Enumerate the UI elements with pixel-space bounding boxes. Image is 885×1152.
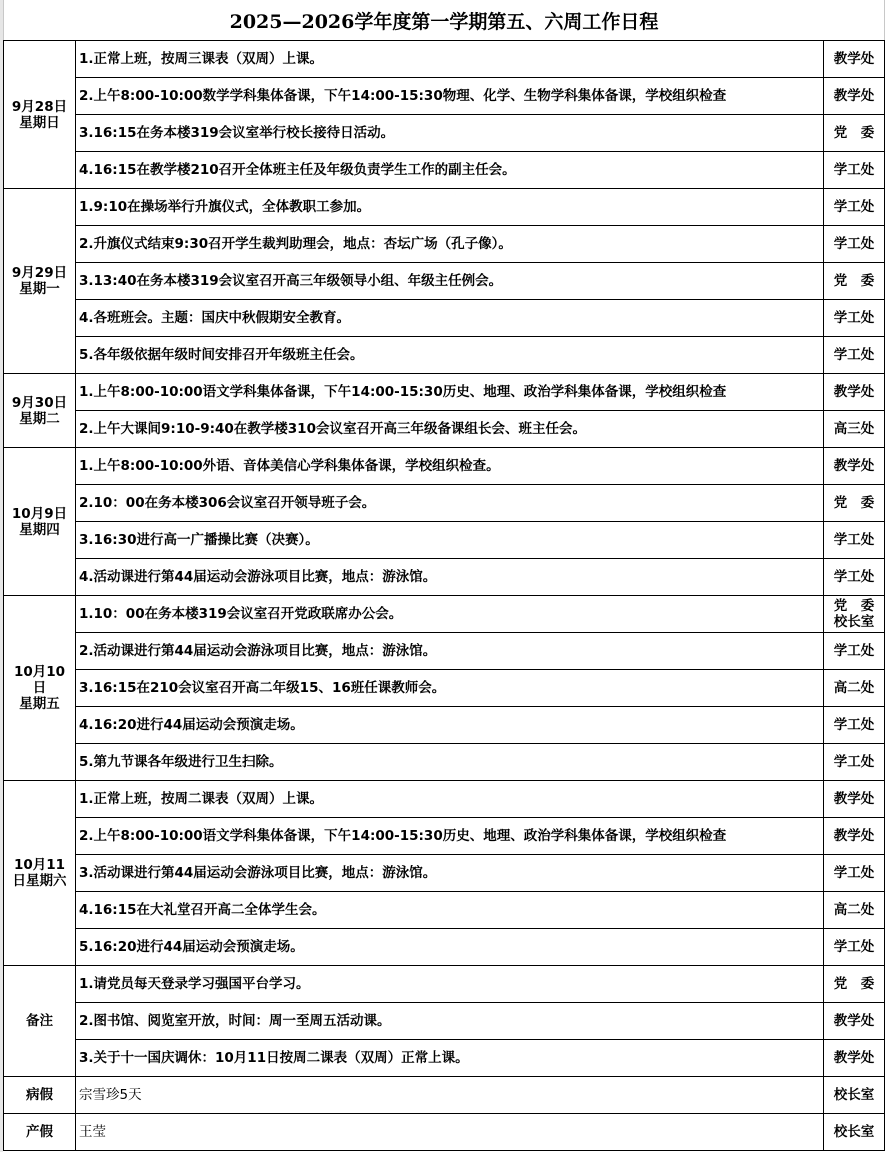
item-text: 5.16:20进行44届运动会预演走场。	[79, 939, 823, 955]
schedule-item[interactable]: 4.活动课进行第44届运动会游泳项目比赛，地点：游泳馆。	[76, 559, 824, 596]
schedule-item[interactable]: 3.16:15在务本楼319会议室举行校长接待日活动。	[76, 115, 824, 152]
table-row: 3.13:40在务本楼319会议室召开高三年级领导小组、年级主任例会。 党 委	[4, 263, 885, 300]
department-cell: 教学处	[824, 818, 885, 855]
item-text: 2.上午大课间9:10-9:40在教学楼310会议室召开高三年级备课组长会、班主…	[79, 421, 823, 437]
department-cell: 学工处	[824, 707, 885, 744]
item-text: 1.正常上班，按周二课表（双周）上课。	[79, 791, 823, 807]
sick-leave-value[interactable]: 宗雪珍5天	[76, 1077, 824, 1114]
schedule-item[interactable]: 2.活动课进行第44届运动会游泳项目比赛，地点：游泳馆。	[76, 633, 824, 670]
sick-leave-label: 病假	[4, 1077, 76, 1114]
item-text: 1.10：00在务本楼319会议室召开党政联席办公会。	[79, 606, 823, 622]
department-label: 党 委	[824, 598, 884, 614]
table-row: 备注 1.请党员每天登录学习强国平台学习。 党 委	[4, 966, 885, 1003]
item-text: 1.9:10在操场举行升旗仪式，全体教职工参加。	[79, 199, 823, 215]
schedule-item[interactable]: 2.升旗仪式结束9:30召开学生裁判助理会，地点：杏坛广场（孔子像）。	[76, 226, 824, 263]
schedule-item[interactable]: 1.9:10在操场举行升旗仪式，全体教职工参加。	[76, 189, 824, 226]
date-label-line1: 10月10	[4, 664, 75, 680]
table-row: 产假 王莹 校长室	[4, 1114, 885, 1151]
item-text: 2.上午8:00-10:00语文学科集体备课，下午14:00-15:30历史、地…	[79, 828, 823, 844]
table-row: 3.活动课进行第44届运动会游泳项目比赛，地点：游泳馆。 学工处	[4, 855, 885, 892]
table-row: 9月28日 星期日 1.正常上班，按周三课表（双周）上课。 教学处	[4, 41, 885, 78]
table-row: 10月9日 星期四 1.上午8:00-10:00外语、音体美信心学科集体备课，学…	[4, 448, 885, 485]
date-cell: 9月29日 星期一	[4, 189, 76, 374]
schedule-item[interactable]: 5.各年级依据年级时间安排召开年级班主任会。	[76, 337, 824, 374]
schedule-item[interactable]: 4.16:15在大礼堂召开高二全体学生会。	[76, 892, 824, 929]
date-label-line1: 10月11	[4, 857, 75, 873]
department-cell: 教学处	[824, 374, 885, 411]
department-cell: 高二处	[824, 670, 885, 707]
schedule-item[interactable]: 4.16:15在教学楼210召开全体班主任及年级负责学生工作的副主任会。	[76, 152, 824, 189]
schedule-item[interactable]: 2.10：00在务本楼306会议室召开领导班子会。	[76, 485, 824, 522]
schedule-item[interactable]: 3.13:40在务本楼319会议室召开高三年级领导小组、年级主任例会。	[76, 263, 824, 300]
date-cell: 10月10 日 星期五	[4, 596, 76, 781]
table-row: 5.各年级依据年级时间安排召开年级班主任会。 学工处	[4, 337, 885, 374]
department-cell: 党 委	[824, 485, 885, 522]
table-row: 2.10：00在务本楼306会议室召开领导班子会。 党 委	[4, 485, 885, 522]
note-item[interactable]: 3.关于十一国庆调休：10月11日按周二课表（双周）正常上课。	[76, 1040, 824, 1077]
item-text: 4.各班班会。主题：国庆中秋假期安全教育。	[79, 310, 823, 326]
table-row: 2.上午8:00-10:00语文学科集体备课，下午14:00-15:30历史、地…	[4, 818, 885, 855]
table-row: 3.关于十一国庆调休：10月11日按周二课表（双周）正常上课。 教学处	[4, 1040, 885, 1077]
maternity-leave-label: 产假	[4, 1114, 76, 1151]
department-cell: 学工处	[824, 522, 885, 559]
maternity-leave-value[interactable]: 王莹	[76, 1114, 824, 1151]
schedule-item[interactable]: 5.16:20进行44届运动会预演走场。	[76, 929, 824, 966]
department-cell: 高三处	[824, 411, 885, 448]
date-cell: 10月11 日星期六	[4, 781, 76, 966]
date-cell: 9月30日 星期二	[4, 374, 76, 448]
schedule-item[interactable]: 1.上午8:00-10:00语文学科集体备课，下午14:00-15:30历史、地…	[76, 374, 824, 411]
date-cell: 10月9日 星期四	[4, 448, 76, 596]
table-row: 2.上午8:00-10:00数学学科集体备课，下午14:00-15:30物理、化…	[4, 78, 885, 115]
table-row: 4.活动课进行第44届运动会游泳项目比赛，地点：游泳馆。 学工处	[4, 559, 885, 596]
schedule-item[interactable]: 5.第九节课各年级进行卫生扫除。	[76, 744, 824, 781]
department-cell: 党 委	[824, 263, 885, 300]
department-cell: 学工处	[824, 633, 885, 670]
department-cell: 党 委	[824, 115, 885, 152]
item-text: 3.16:15在务本楼319会议室举行校长接待日活动。	[79, 125, 823, 141]
item-text: 宗雪珍5天	[79, 1087, 823, 1103]
page-title: 2025—2026学年度第一学期第五、六周工作日程	[3, 0, 885, 40]
date-label: 9月28日	[4, 99, 75, 115]
table-row: 10月10 日 星期五 1.10：00在务本楼319会议室召开党政联席办公会。 …	[4, 596, 885, 633]
table-row: 4.16:15在教学楼210召开全体班主任及年级负责学生工作的副主任会。 学工处	[4, 152, 885, 189]
department-cell: 高二处	[824, 892, 885, 929]
schedule-item[interactable]: 2.上午8:00-10:00语文学科集体备课，下午14:00-15:30历史、地…	[76, 818, 824, 855]
schedule-item[interactable]: 2.上午8:00-10:00数学学科集体备课，下午14:00-15:30物理、化…	[76, 78, 824, 115]
table-row: 2.升旗仪式结束9:30召开学生裁判助理会，地点：杏坛广场（孔子像）。 学工处	[4, 226, 885, 263]
item-text: 王莹	[79, 1124, 823, 1140]
date-label: 10月9日	[4, 506, 75, 522]
weekday-label: 星期日	[4, 115, 75, 131]
table-row: 3.16:30进行高一广播操比赛（决赛）。 学工处	[4, 522, 885, 559]
item-text: 1.请党员每天登录学习强国平台学习。	[79, 976, 823, 992]
table-row: 4.各班班会。主题：国庆中秋假期安全教育。 学工处	[4, 300, 885, 337]
department-cell: 校长室	[824, 1114, 885, 1151]
department-cell: 学工处	[824, 152, 885, 189]
schedule-item[interactable]: 3.16:30进行高一广播操比赛（决赛）。	[76, 522, 824, 559]
item-text: 4.16:15在教学楼210召开全体班主任及年级负责学生工作的副主任会。	[79, 162, 823, 178]
notes-label-cell: 备注	[4, 966, 76, 1077]
item-text: 1.上午8:00-10:00外语、音体美信心学科集体备课，学校组织检查。	[79, 458, 823, 474]
department-cell: 校长室	[824, 1077, 885, 1114]
department-cell: 教学处	[824, 448, 885, 485]
department-cell: 学工处	[824, 337, 885, 374]
date-label: 9月29日	[4, 265, 75, 281]
weekday-label: 星期四	[4, 522, 75, 538]
schedule-table: 9月28日 星期日 1.正常上班，按周三课表（双周）上课。 教学处 2.上午8:…	[3, 40, 885, 1151]
item-text: 3.关于十一国庆调休：10月11日按周二课表（双周）正常上课。	[79, 1050, 823, 1066]
department-cell: 教学处	[824, 1003, 885, 1040]
weekday-label: 星期二	[4, 411, 75, 427]
item-text: 1.上午8:00-10:00语文学科集体备课，下午14:00-15:30历史、地…	[79, 384, 823, 400]
item-text: 2.上午8:00-10:00数学学科集体备课，下午14:00-15:30物理、化…	[79, 88, 823, 104]
weekday-label: 星期一	[4, 281, 75, 297]
department-cell: 学工处	[824, 929, 885, 966]
department-cell: 教学处	[824, 781, 885, 818]
table-row: 2.图书馆、阅览室开放，时间：周一至周五活动课。 教学处	[4, 1003, 885, 1040]
item-text: 5.各年级依据年级时间安排召开年级班主任会。	[79, 347, 823, 363]
department-cell: 教学处	[824, 1040, 885, 1077]
schedule-item[interactable]: 3.活动课进行第44届运动会游泳项目比赛，地点：游泳馆。	[76, 855, 824, 892]
department-cell: 党 委 校长室	[824, 596, 885, 633]
item-text: 2.活动课进行第44届运动会游泳项目比赛，地点：游泳馆。	[79, 643, 823, 659]
item-text: 3.16:30进行高一广播操比赛（决赛）。	[79, 532, 823, 548]
table-row: 5.第九节课各年级进行卫生扫除。 学工处	[4, 744, 885, 781]
table-row: 4.16:20进行44届运动会预演走场。 学工处	[4, 707, 885, 744]
department-cell: 学工处	[824, 744, 885, 781]
department-cell: 学工处	[824, 226, 885, 263]
department-cell: 学工处	[824, 189, 885, 226]
item-text: 1.正常上班，按周三课表（双周）上课。	[79, 51, 823, 67]
item-text: 4.16:20进行44届运动会预演走场。	[79, 717, 823, 733]
table-row: 4.16:15在大礼堂召开高二全体学生会。 高二处	[4, 892, 885, 929]
item-text: 5.第九节课各年级进行卫生扫除。	[79, 754, 823, 770]
table-row: 5.16:20进行44届运动会预演走场。 学工处	[4, 929, 885, 966]
date-label-line2: 日	[4, 680, 75, 696]
table-row: 10月11 日星期六 1.正常上班，按周二课表（双周）上课。 教学处	[4, 781, 885, 818]
item-text: 2.图书馆、阅览室开放，时间：周一至周五活动课。	[79, 1013, 823, 1029]
department-cell: 教学处	[824, 41, 885, 78]
department-label-secondary: 校长室	[824, 614, 884, 630]
schedule-item[interactable]: 1.上午8:00-10:00外语、音体美信心学科集体备课，学校组织检查。	[76, 448, 824, 485]
department-cell: 党 委	[824, 966, 885, 1003]
department-cell: 学工处	[824, 855, 885, 892]
schedule-item[interactable]: 3.16:15在210会议室召开高二年级15、16班任课教师会。	[76, 670, 824, 707]
item-text: 4.16:15在大礼堂召开高二全体学生会。	[79, 902, 823, 918]
schedule-item[interactable]: 2.上午大课间9:10-9:40在教学楼310会议室召开高三年级备课组长会、班主…	[76, 411, 824, 448]
department-cell: 学工处	[824, 559, 885, 596]
item-text: 3.13:40在务本楼319会议室召开高三年级领导小组、年级主任例会。	[79, 273, 823, 289]
note-item[interactable]: 1.请党员每天登录学习强国平台学习。	[76, 966, 824, 1003]
table-row: 3.16:15在210会议室召开高二年级15、16班任课教师会。 高二处	[4, 670, 885, 707]
schedule-sheet: 2025—2026学年度第一学期第五、六周工作日程 9月28日 星期日 1.正常…	[0, 0, 885, 1152]
schedule-item[interactable]: 1.正常上班，按周二课表（双周）上课。	[76, 781, 824, 818]
note-item[interactable]: 2.图书馆、阅览室开放，时间：周一至周五活动课。	[76, 1003, 824, 1040]
department-cell: 教学处	[824, 78, 885, 115]
table-row: 2.活动课进行第44届运动会游泳项目比赛，地点：游泳馆。 学工处	[4, 633, 885, 670]
table-row: 9月30日 星期二 1.上午8:00-10:00语文学科集体备课，下午14:00…	[4, 374, 885, 411]
table-row: 2.上午大课间9:10-9:40在教学楼310会议室召开高三年级备课组长会、班主…	[4, 411, 885, 448]
schedule-item[interactable]: 1.正常上班，按周三课表（双周）上课。	[76, 41, 824, 78]
date-cell: 9月28日 星期日	[4, 41, 76, 189]
item-text: 3.16:15在210会议室召开高二年级15、16班任课教师会。	[79, 680, 823, 696]
item-text: 3.活动课进行第44届运动会游泳项目比赛，地点：游泳馆。	[79, 865, 823, 881]
weekday-label: 星期五	[4, 696, 75, 712]
table-row: 病假 宗雪珍5天 校长室	[4, 1077, 885, 1114]
item-text: 2.10：00在务本楼306会议室召开领导班子会。	[79, 495, 823, 511]
department-cell: 学工处	[824, 300, 885, 337]
item-text: 4.活动课进行第44届运动会游泳项目比赛，地点：游泳馆。	[79, 569, 823, 585]
table-row: 9月29日 星期一 1.9:10在操场举行升旗仪式，全体教职工参加。 学工处	[4, 189, 885, 226]
schedule-item[interactable]: 4.16:20进行44届运动会预演走场。	[76, 707, 824, 744]
table-row: 3.16:15在务本楼319会议室举行校长接待日活动。 党 委	[4, 115, 885, 152]
schedule-item[interactable]: 1.10：00在务本楼319会议室召开党政联席办公会。	[76, 596, 824, 633]
date-label-line2: 日星期六	[4, 873, 75, 889]
date-label: 9月30日	[4, 395, 75, 411]
item-text: 2.升旗仪式结束9:30召开学生裁判助理会，地点：杏坛广场（孔子像）。	[79, 236, 823, 252]
schedule-item[interactable]: 4.各班班会。主题：国庆中秋假期安全教育。	[76, 300, 824, 337]
